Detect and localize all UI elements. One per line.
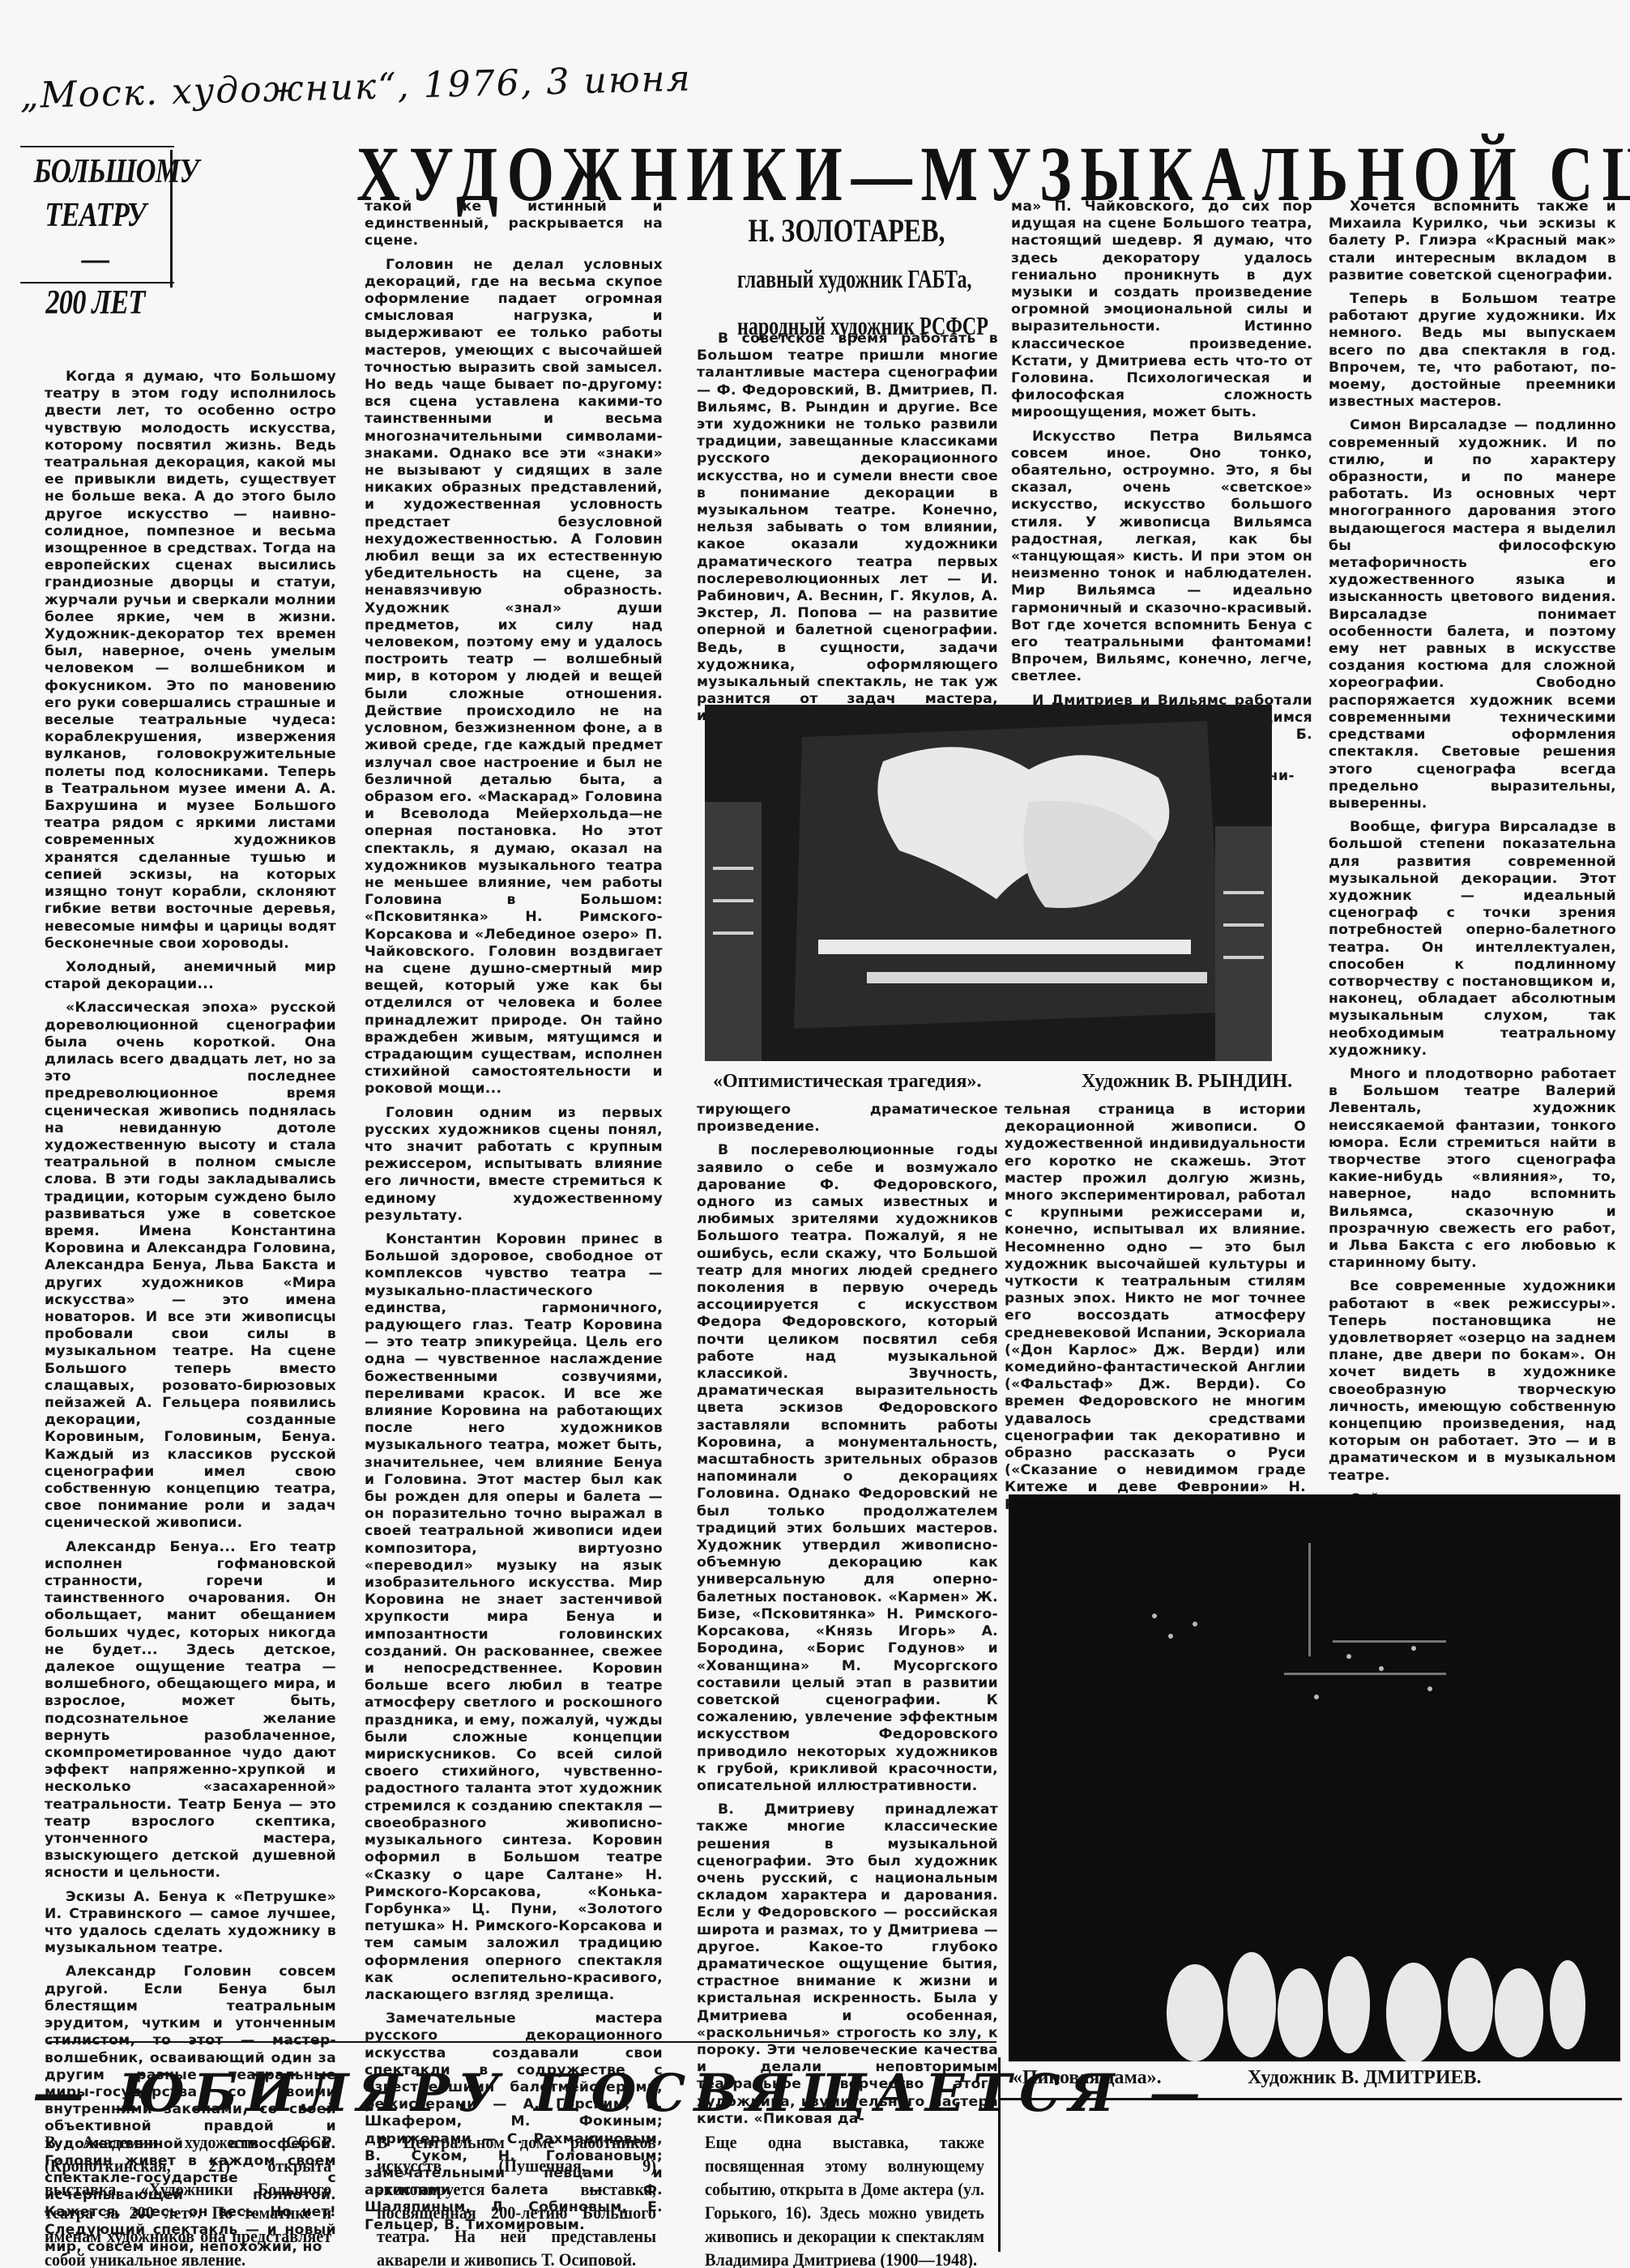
anniversary-line-3: 200 ЛЕТ — [34, 281, 157, 325]
exhibition-note-1: В Академии художеств СССР (Кропоткинская… — [45, 2130, 331, 2268]
paragraph: Когда я думаю, что Большому театру в это… — [45, 369, 336, 953]
photo-queen-of-spades — [1009, 1494, 1620, 2061]
paragraph: Александр Бенуа... Его театр исполнен го… — [45, 1539, 336, 1882]
paragraph: В советское время работать в Большом теа… — [697, 330, 998, 726]
photo-1-credit: Художник В. РЫНДИН. — [1082, 1071, 1292, 1093]
handwritten-source-note: „Моск. художник“, 1976, 3 июня — [19, 54, 831, 140]
anniversary-line-2: ТЕАТРУ— — [34, 194, 157, 281]
author-name: Н. ЗОЛОТАРЕВ, — [730, 207, 963, 255]
article-column-1: Когда я думаю, что Большому театру в это… — [45, 369, 336, 2262]
paragraph: Эскизы А. Бенуа к «Петрушке» И. Стравинс… — [45, 1889, 336, 1958]
article-column-3-top: В советское время работать в Большом теа… — [697, 330, 998, 732]
paragraph: ма» П. Чайковского, до сих пор идущая на… — [1011, 198, 1312, 422]
article-column-2: такой же истинный и единственный, раскры… — [365, 198, 663, 2240]
photo-optimistic-tragedy — [705, 705, 1272, 1061]
box-bottom-rule — [20, 282, 174, 283]
photo-1-title: «Оптимистическая трагедия». — [713, 1071, 981, 1093]
jubilee-banner: — ЮБИЛЯРУ ПОСВЯЩАЕТСЯ — — [32, 2061, 996, 2126]
paragraph: такой же истинный и единственный, раскры… — [365, 198, 663, 250]
article-column-4-top: ма» П. Чайковского, до сих пор идущая на… — [1011, 198, 1312, 791]
paragraph: Теперь в Большом театре работают другие … — [1329, 291, 1616, 411]
paragraph: Константин Коровин принес в Большой здор… — [365, 1231, 663, 2004]
top-rule — [20, 146, 174, 147]
paragraph: Головин не делал условных декораций, где… — [365, 257, 663, 1098]
article-column-5: Хочется вспомнить также и Михаила Курилк… — [1329, 198, 1616, 1720]
banner-dash-right: — — [1149, 2063, 1209, 2124]
banner-title: ЮБИЛЯРУ ПОСВЯЩАЕТСЯ — [118, 2063, 1122, 2124]
exhibition-note-3: Еще одна выставка, также посвященная это… — [705, 2130, 984, 2268]
exhibition-note-2: В Центральном доме работников искусств (… — [377, 2130, 656, 2268]
paragraph: Все современные художники работают в «ве… — [1329, 1278, 1616, 1484]
anniversary-line-1: БОЛЬШОМУ — [34, 150, 157, 194]
article-column-4-bottom: тельная страница в истории декорационной… — [1005, 1102, 1306, 1520]
paragraph: тирующего драматическое произведение. — [697, 1102, 998, 1136]
ballroom-scene-image — [1009, 1494, 1620, 2061]
paragraph: тельная страница в истории декорационной… — [1005, 1102, 1306, 1514]
paragraph: Искусство Петра Вильямса совсем иное. Он… — [1011, 428, 1312, 686]
author-byline: Н. ЗОЛОТАРЕВ, главный художник ГАБТа, на… — [701, 207, 992, 349]
author-role-1: главный художник ГАБТа, — [737, 255, 956, 302]
photo-2-credit: Художник В. ДМИТРИЕВ. — [1248, 2067, 1482, 2089]
anniversary-box: БОЛЬШОМУ ТЕАТРУ— 200 ЛЕТ — [20, 150, 173, 288]
paragraph: «Классическая эпоха» русской дореволюцио… — [45, 1000, 336, 1532]
paragraph: Симон Вирсаладзе — подлинно современный … — [1329, 417, 1616, 812]
paragraph: Много и плодотворно работает в Большом т… — [1329, 1066, 1616, 1272]
paragraph: В послереволюционные годы заявило о себе… — [697, 1142, 998, 1795]
paragraph: Холодный, анемичный мир старой декорации… — [45, 959, 336, 993]
paragraph: Вообще, фигура Вирсаладзе в большой степ… — [1329, 819, 1616, 1059]
paragraph: Головин одним из первых русских художник… — [365, 1105, 663, 1225]
article-column-3-bottom: тирующего драматическое произведение. В … — [697, 1102, 998, 2134]
paragraph: Хочется вспомнить также и Михаила Курилк… — [1329, 198, 1616, 284]
stage-set-image — [705, 705, 1272, 1061]
banner-dash-left: — — [32, 2063, 92, 2124]
jubilee-top-rule — [49, 2041, 996, 2043]
